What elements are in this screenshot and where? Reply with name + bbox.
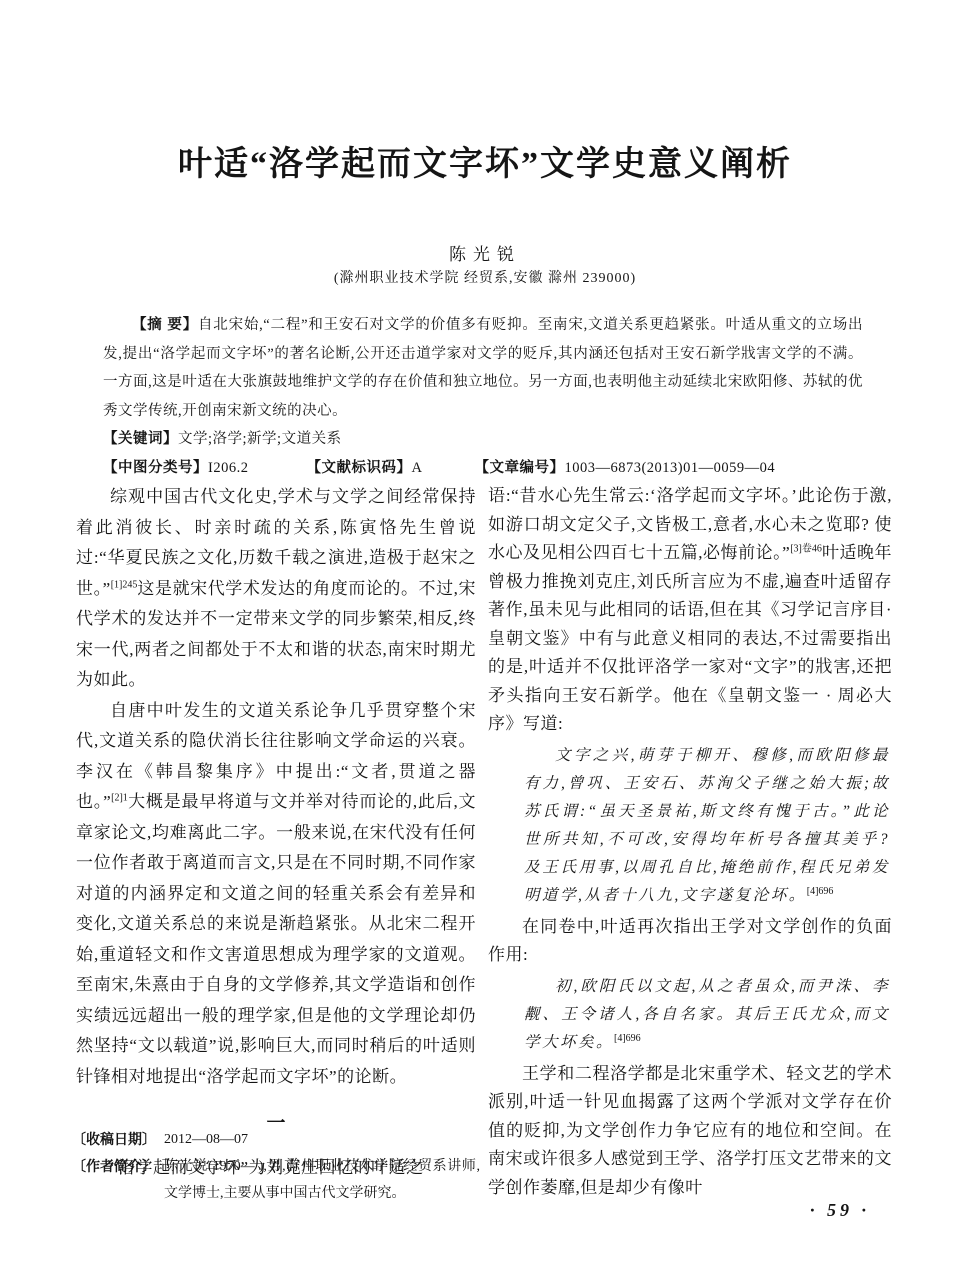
- citation-superscript: [4]696: [807, 885, 834, 896]
- article-id-pair: 【文章编号】1003—6873(2013)01—0059—04: [474, 460, 775, 476]
- citation-superscript: [3]卷46: [790, 543, 822, 554]
- citation-superscript: [2]1: [111, 792, 128, 803]
- body-paragraph-2: 自唐中叶发生的文道关系论争几乎贯穿整个宋代,文道关系的隐伏消长往往影响文学命运的…: [76, 696, 476, 1093]
- quote-text: 文字之兴,萌芽于柳开、穆修,而欧阳修最有力,曾巩、王安石、苏洵父子继之始大振;故…: [524, 747, 890, 904]
- body-paragraph-4: 语:“昔水心先生常云:‘洛学起而文字坏。’此论伤于激,如游口胡文定父子,文皆极工…: [488, 482, 892, 739]
- clc-pair: 【中图分类号】I206.2: [103, 460, 248, 476]
- footnotes-block: 〔收稿日期〕 2012—08—07 〔作者简介〕 陈光锐(1970— ),男,滁…: [72, 1126, 480, 1207]
- footnote-received-date: 〔收稿日期〕 2012—08—07: [72, 1126, 480, 1153]
- paragraph-text: 这是就宋代学术发达的角度而论的。不过,宋代学术的发达并不一定带来文学的同步繁荣,…: [76, 579, 476, 690]
- author-affiliation: (滁州职业技术学院 经贸系,安徽 滁州 239000): [0, 267, 970, 287]
- citation-superscript: [1]245: [111, 579, 138, 590]
- doc-code-label: 【文献标识码】: [306, 460, 411, 476]
- page-number: · 59 ·: [780, 1200, 900, 1221]
- paper-page: 叶适“洛学起而文字坏”文学史意义阐析 陈光锐 (滁州职业技术学院 经贸系,安徽 …: [0, 0, 970, 1272]
- body-paragraph-6: 王学和二程洛学都是北宋重学术、轻文艺的学术派别,叶适一针见血揭露了这两个学派对文…: [488, 1060, 892, 1203]
- author-bio-value: 陈光锐(1970— ),男,滁州职业技术学院经贸系讲师,文学博士,主要从事中国古…: [164, 1153, 480, 1207]
- abstract-text: 自北宋始,“二程”和王安石对文学的价值多有贬抑。至南宋,文道关系更趋紧张。叶适从…: [103, 317, 863, 419]
- received-date-label: 〔收稿日期〕: [72, 1126, 156, 1153]
- quote-text: 初,欧阳氏以文起,从之者虽众,而尹洙、李觏、王令诸人,各自名家。其后王氏尤众,而…: [524, 978, 890, 1051]
- footnote-author-bio: 〔作者简介〕 陈光锐(1970— ),男,滁州职业技术学院经贸系讲师,文学博士,…: [72, 1153, 480, 1207]
- article-id-value: 1003—6873(2013)01—0059—04: [564, 460, 775, 476]
- received-date-value: 2012—08—07: [164, 1126, 480, 1153]
- body-paragraph-5: 在同卷中,叶适再次指出王学对文学创作的负面作用:: [488, 913, 892, 970]
- classification-line: 【中图分类号】I206.2【文献标识码】A【文章编号】1003—6873(201…: [103, 454, 863, 483]
- paragraph-text: 大概是最早将道与文并举对待而论的,此后,文章家论文,均难离此二字。一般来说,在宋…: [76, 792, 476, 1086]
- author-name: 陈光锐: [0, 240, 970, 265]
- body-paragraph-1: 综观中国古代文化史,学术与文学之间经常保持着此消彼长、时亲时疏的关系,陈寅恪先生…: [76, 482, 476, 696]
- right-column: 语:“昔水心先生常云:‘洛学起而文字坏。’此论伤于激,如游口胡文定父子,文皆极工…: [488, 482, 892, 1202]
- keywords-label: 【关键词】: [103, 431, 178, 447]
- block-quote-1: 文字之兴,萌芽于柳开、穆修,而欧阳修最有力,曾巩、王安石、苏洵父子继之始大振;故…: [524, 742, 890, 910]
- doc-code-value: A: [411, 460, 422, 476]
- doc-code-pair: 【文献标识码】A: [306, 460, 422, 476]
- clc-value: I206.2: [208, 460, 248, 476]
- paragraph-text: 叶适晚年曾极力推挽刘克庄,刘氏所言应为不虚,遍查叶适留存著作,虽未见与此相同的话…: [488, 543, 892, 733]
- keywords-line: 【关键词】文学;洛学;新学;文道关系: [103, 425, 863, 454]
- meta-block: 【摘 要】自北宋始,“二程”和王安石对文学的价值多有贬抑。至南宋,文道关系更趋紧…: [103, 311, 863, 482]
- abstract-paragraph: 【摘 要】自北宋始,“二程”和王安石对文学的价值多有贬抑。至南宋,文道关系更趋紧…: [103, 311, 863, 425]
- keywords-text: 文学;洛学;新学;文道关系: [178, 431, 342, 447]
- citation-superscript: [4]696: [614, 1032, 641, 1043]
- author-bio-label: 〔作者简介〕: [72, 1153, 156, 1207]
- article-id-label: 【文章编号】: [474, 460, 564, 476]
- article-title: 叶适“洛学起而文字坏”文学史意义阐析: [0, 136, 970, 185]
- block-quote-2: 初,欧阳氏以文起,从之者虽众,而尹洙、李觏、王令诸人,各自名家。其后王氏尤众,而…: [524, 973, 890, 1057]
- clc-label: 【中图分类号】: [103, 460, 208, 476]
- abstract-label: 【摘 要】: [132, 317, 198, 333]
- left-column: 综观中国古代文化史,学术与文学之间经常保持着此消彼长、时亲时疏的关系,陈寅恪先生…: [76, 482, 476, 1183]
